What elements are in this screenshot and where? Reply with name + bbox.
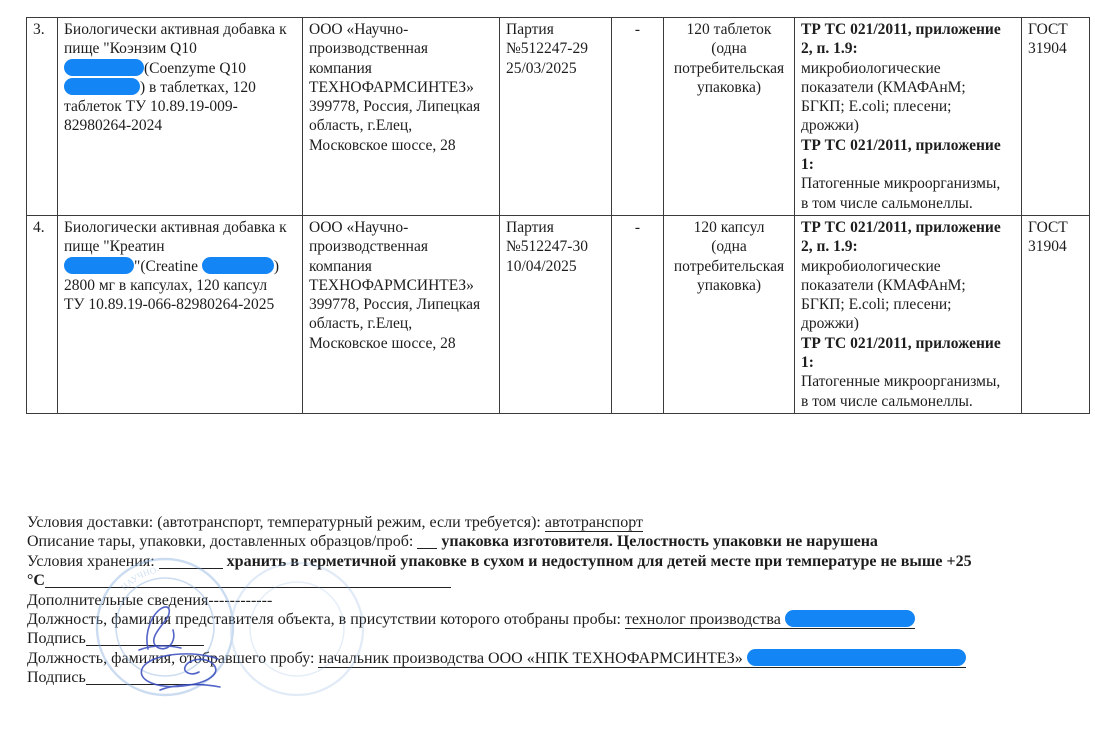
cell-qty: 120 таблеток(однапотребительскаяупаковка…: [664, 18, 795, 216]
cell-gost: ГОСТ31904: [1022, 215, 1090, 413]
bold-text: ТР ТС 021/2011, приложение: [801, 21, 1001, 38]
footer-line: Подпись: [27, 668, 1087, 687]
manufacturer-line: производственная: [309, 39, 493, 58]
text-segment: таблеток ТУ 10.89.19-009-: [64, 98, 238, 115]
text-segment: компания: [309, 60, 372, 77]
text-segment: [64, 258, 134, 275]
batch-line: 10/04/2025: [506, 257, 605, 276]
underlined-text: начальник производства ООО «НПК ТЕХНОФАР…: [318, 650, 965, 668]
footer-line: Должность, фамилия, отобравшего пробу: н…: [27, 649, 1087, 668]
manufacturer-line: 399778, Россия, Липецкая: [309, 295, 493, 314]
product-name-line: пище "Креатин: [64, 237, 296, 256]
table-row: 4.Биологически активная добавка кпище "К…: [27, 215, 1090, 413]
product-name-line: ) в таблетках, 120: [64, 78, 296, 97]
manufacturer-line: область, г.Елец,: [309, 116, 493, 135]
table-row: 3.Биологически активная добавка кпище "К…: [27, 18, 1090, 216]
text-segment: 10/04/2025: [506, 258, 577, 275]
gost-line: ГОСТ: [1028, 218, 1083, 237]
text-segment: микробиологические: [801, 60, 941, 77]
regulation-line: ТР ТС 021/2011, приложение: [801, 20, 1015, 39]
text-segment: [86, 669, 204, 686]
cell-num: 4.: [27, 215, 58, 413]
quantity-line: 120 таблеток: [670, 20, 788, 39]
regulation-line: микробиологические: [801, 59, 1015, 78]
bold-text: ТР ТС 021/2011, приложение: [801, 335, 1001, 352]
text-segment: ) в таблетках, 120: [140, 79, 256, 96]
cell-manu: ООО «Научно-производственнаякомпанияТЕХН…: [303, 18, 500, 216]
gost-line: 31904: [1028, 237, 1083, 256]
bold-text: ТР ТС 021/2011, приложение: [801, 137, 1001, 154]
text-segment: Партия: [506, 219, 554, 236]
blank-underline: [417, 536, 437, 549]
blank-underline: [86, 672, 204, 685]
quantity-line: упаковка): [670, 276, 788, 295]
gost-line: ГОСТ: [1028, 20, 1083, 39]
text-segment: Условия доставки: (автотранспорт, темпер…: [27, 514, 545, 531]
text-segment: 120 капсул: [694, 219, 765, 236]
text-segment: микробиологические: [801, 258, 941, 275]
manufacturer-line: ТЕХНОФАРМСИНТЕЗ»: [309, 78, 493, 97]
cell-reg: ТР ТС 021/2011, приложение2, п. 1.9:микр…: [795, 215, 1022, 413]
gost-line: 31904: [1028, 39, 1083, 58]
bold-text: ТР ТС 021/2011, приложение: [801, 219, 1001, 236]
regulation-line: БГКП; E.coli; плесени;: [801, 295, 1015, 314]
manufacturer-line: компания: [309, 257, 493, 276]
text-segment: 31904: [1028, 238, 1067, 255]
cell-dash: -: [612, 215, 664, 413]
text-segment: 399778, Россия, Липецкая: [309, 296, 480, 313]
regulation-line: БГКП; E.coli; плесени;: [801, 97, 1015, 116]
manufacturer-line: область, г.Елец,: [309, 314, 493, 333]
text-segment: 82980264-2024: [64, 117, 162, 134]
text-segment: (одна: [711, 238, 747, 255]
blank-underline: [159, 556, 223, 569]
regulation-line: микробиологические: [801, 257, 1015, 276]
text-segment: 25/03/2025: [506, 60, 577, 77]
row-number: 3.: [33, 20, 51, 39]
text-segment: потребительская: [674, 60, 784, 77]
text-segment: [202, 258, 274, 275]
text-segment: упаковка): [697, 277, 761, 294]
text-segment: Московское шоссе, 28: [309, 137, 456, 154]
regulation-line: Патогенные микроорганизмы,: [801, 174, 1015, 193]
text-segment: показатели (КМАФАнМ;: [801, 79, 966, 96]
bold-text: хранить в герметичной упаковке в сухом и…: [227, 553, 972, 570]
text-segment: [417, 533, 437, 550]
text-segment: Подпись: [27, 630, 86, 647]
text-segment: [159, 553, 223, 570]
text-segment: 4.: [33, 219, 45, 236]
text-segment: производственная: [309, 40, 428, 57]
regulation-line: в том числе сальмонеллы.: [801, 194, 1015, 213]
text-segment: пище "Креатин: [64, 238, 165, 255]
cell-qty: 120 капсул(однапотребительскаяупаковка): [664, 215, 795, 413]
regulation-line: показатели (КМАФАнМ;: [801, 78, 1015, 97]
manufacturer-line: компания: [309, 59, 493, 78]
regulation-line: 1:: [801, 353, 1015, 372]
bold-text: 1:: [801, 354, 814, 371]
bold-text: 2, п. 1.9:: [801, 40, 858, 57]
text-segment: ООО «Научно-: [309, 219, 408, 236]
text-segment: [64, 60, 144, 77]
cell-dash: -: [612, 18, 664, 216]
redaction-pill: [202, 257, 274, 274]
text-segment: [45, 572, 451, 589]
batch-line: Партия: [506, 20, 605, 39]
quantity-line: упаковка): [670, 78, 788, 97]
text-segment: [86, 630, 204, 647]
text-segment: компания: [309, 258, 372, 275]
product-name-line: "(Creatine ): [64, 257, 296, 276]
blank-underline: [45, 575, 451, 588]
regulation-line: дрожжи): [801, 116, 1015, 135]
text-segment: -: [635, 21, 640, 38]
text-segment: "(Creatine: [134, 258, 202, 275]
text-segment: пище "Коэнзим Q10: [64, 40, 197, 57]
text-segment: Биологически активная добавка к: [64, 21, 287, 38]
samples-table: 3.Биологически активная добавка кпище "К…: [26, 17, 1090, 414]
text-segment: в том числе сальмонеллы.: [801, 195, 973, 212]
text-segment: 399778, Россия, Липецкая: [309, 98, 480, 115]
regulation-line: ТР ТС 021/2011, приложение: [801, 218, 1015, 237]
regulation-line: ТР ТС 021/2011, приложение: [801, 136, 1015, 155]
batch-line: №512247-30: [506, 237, 605, 256]
manufacturer-line: 399778, Россия, Липецкая: [309, 97, 493, 116]
manufacturer-line: Московское шоссе, 28: [309, 136, 493, 155]
product-name-line: (Coenzyme Q10: [64, 59, 296, 78]
text-segment: Патогенные микроорганизмы,: [801, 373, 1000, 390]
text-segment: область, г.Елец,: [309, 315, 412, 332]
bold-text: 1:: [801, 156, 814, 173]
manufacturer-line: ТЕХНОФАРМСИНТЕЗ»: [309, 276, 493, 295]
cell-reg: ТР ТС 021/2011, приложение2, п. 1.9:микр…: [795, 18, 1022, 216]
product-name-line: 82980264-2024: [64, 116, 296, 135]
text-segment: ГОСТ: [1028, 21, 1068, 38]
text-segment: Московское шоссе, 28: [309, 335, 456, 352]
footer-line: Описание тары, упаковки, доставленных об…: [27, 532, 1087, 551]
cell-gost: ГОСТ31904: [1022, 18, 1090, 216]
footer-line: °С: [27, 571, 1087, 590]
quantity-line: (одна: [670, 237, 788, 256]
text-segment: 120 таблеток: [687, 21, 772, 38]
text-segment: в том числе сальмонеллы.: [801, 393, 973, 410]
quantity-line: потребительская: [670, 257, 788, 276]
text-segment: Должность, фамилия, отобравшего пробу:: [27, 650, 318, 667]
footer-line: Условия хранения: хранить в герметичной …: [27, 552, 1087, 571]
footer-line: Условия доставки: (автотранспорт, темпер…: [27, 513, 1087, 532]
text-segment: ТУ 10.89.19-066-82980264-2025: [64, 296, 274, 313]
batch-line: №512247-29: [506, 39, 605, 58]
text-segment: Биологически активная добавка к: [64, 219, 287, 236]
product-name-line: таблеток ТУ 10.89.19-009-: [64, 97, 296, 116]
manufacturer-line: производственная: [309, 237, 493, 256]
text-segment: Патогенные микроорганизмы,: [801, 175, 1000, 192]
underlined-text: технолог производства: [625, 611, 915, 629]
footer-text-block: Условия доставки: (автотранспорт, темпер…: [27, 513, 1087, 688]
text-segment: дрожжи): [801, 117, 859, 134]
text-segment: Описание тары, упаковки, доставленных об…: [27, 533, 417, 550]
row-number: 4.: [33, 218, 51, 237]
bold-text: упаковка изготовителя. Целостность упако…: [441, 533, 878, 550]
cell-batch: Партия№512247-3010/04/2025: [500, 215, 612, 413]
footer-line: Дополнительные сведения------------: [27, 591, 1087, 610]
quantity-line: потребительская: [670, 59, 788, 78]
redaction-pill: [785, 610, 915, 627]
regulation-line: 2, п. 1.9:: [801, 39, 1015, 58]
cell-name: Биологически активная добавка кпище "Коэ…: [58, 18, 303, 216]
text-segment: ТЕХНОФАРМСИНТЕЗ»: [309, 277, 474, 294]
text-segment: 2800 мг в капсулах, 120 капсул: [64, 277, 267, 294]
text-segment: 3.: [33, 21, 45, 38]
cell-name: Биологически активная добавка кпище "Кре…: [58, 215, 303, 413]
text-segment: ООО «Научно-: [309, 21, 408, 38]
text-segment: (одна: [711, 40, 747, 57]
regulation-line: Патогенные микроорганизмы,: [801, 372, 1015, 391]
text-segment: Партия: [506, 21, 554, 38]
bold-text: 2, п. 1.9:: [801, 238, 858, 255]
text-segment: упаковка): [697, 79, 761, 96]
text-segment: ГОСТ: [1028, 219, 1068, 236]
text-segment: область, г.Елец,: [309, 117, 412, 134]
quantity-line: 120 капсул: [670, 218, 788, 237]
regulation-line: ТР ТС 021/2011, приложение: [801, 334, 1015, 353]
text-segment: дрожжи): [801, 315, 859, 332]
regulation-line: 1:: [801, 155, 1015, 174]
text-segment: показатели (КМАФАнМ;: [801, 277, 966, 294]
product-name-line: Биологически активная добавка к: [64, 20, 296, 39]
text-segment: Подпись: [27, 669, 86, 686]
text-segment: (Coenzyme Q10: [144, 60, 246, 77]
cell-batch: Партия№512247-2925/03/2025: [500, 18, 612, 216]
product-name-line: Биологически активная добавка к: [64, 218, 296, 237]
batch-line: 25/03/2025: [506, 59, 605, 78]
text-segment: Дополнительные сведения------------: [27, 592, 272, 609]
regulation-line: в том числе сальмонеллы.: [801, 392, 1015, 411]
text-segment: потребительская: [674, 258, 784, 275]
redaction-pill: [747, 649, 966, 666]
footer-line: Должность, фамилия представителя объекта…: [27, 610, 1087, 629]
text-segment: -: [635, 219, 640, 236]
underlined-text: автотранспорт: [545, 514, 643, 532]
text-segment: ТЕХНОФАРМСИНТЕЗ»: [309, 79, 474, 96]
blank-underline: [86, 633, 204, 646]
product-name-line: пище "Коэнзим Q10: [64, 39, 296, 58]
redaction-pill: [64, 257, 134, 274]
manufacturer-line: Московское шоссе, 28: [309, 334, 493, 353]
text-segment: [64, 79, 140, 96]
text-segment: Должность, фамилия представителя объекта…: [27, 611, 625, 628]
redaction-pill: [64, 78, 140, 95]
cell-num: 3.: [27, 18, 58, 216]
manufacturer-line: ООО «Научно-: [309, 218, 493, 237]
product-name-line: 2800 мг в капсулах, 120 капсул: [64, 276, 296, 295]
text-segment: 31904: [1028, 40, 1067, 57]
dash-cell-text: -: [618, 20, 657, 39]
regulation-line: показатели (КМАФАнМ;: [801, 276, 1015, 295]
text-segment: производственная: [309, 238, 428, 255]
regulation-line: 2, п. 1.9:: [801, 237, 1015, 256]
regulation-line: дрожжи): [801, 314, 1015, 333]
footer-line: Подпись: [27, 629, 1087, 648]
dash-cell-text: -: [618, 218, 657, 237]
bold-text: °С: [27, 572, 45, 589]
quantity-line: (одна: [670, 39, 788, 58]
redaction-pill: [64, 59, 144, 76]
text-segment: БГКП; E.coli; плесени;: [801, 98, 951, 115]
cell-manu: ООО «Научно-производственнаякомпанияТЕХН…: [303, 215, 500, 413]
text-segment: Условия хранения:: [27, 553, 159, 570]
text-segment: №512247-30: [506, 238, 588, 255]
text-segment: БГКП; E.coli; плесени;: [801, 296, 951, 313]
product-name-line: ТУ 10.89.19-066-82980264-2025: [64, 295, 296, 314]
text-segment: ): [274, 258, 279, 275]
batch-line: Партия: [506, 218, 605, 237]
text-segment: №512247-29: [506, 40, 588, 57]
manufacturer-line: ООО «Научно-: [309, 20, 493, 39]
